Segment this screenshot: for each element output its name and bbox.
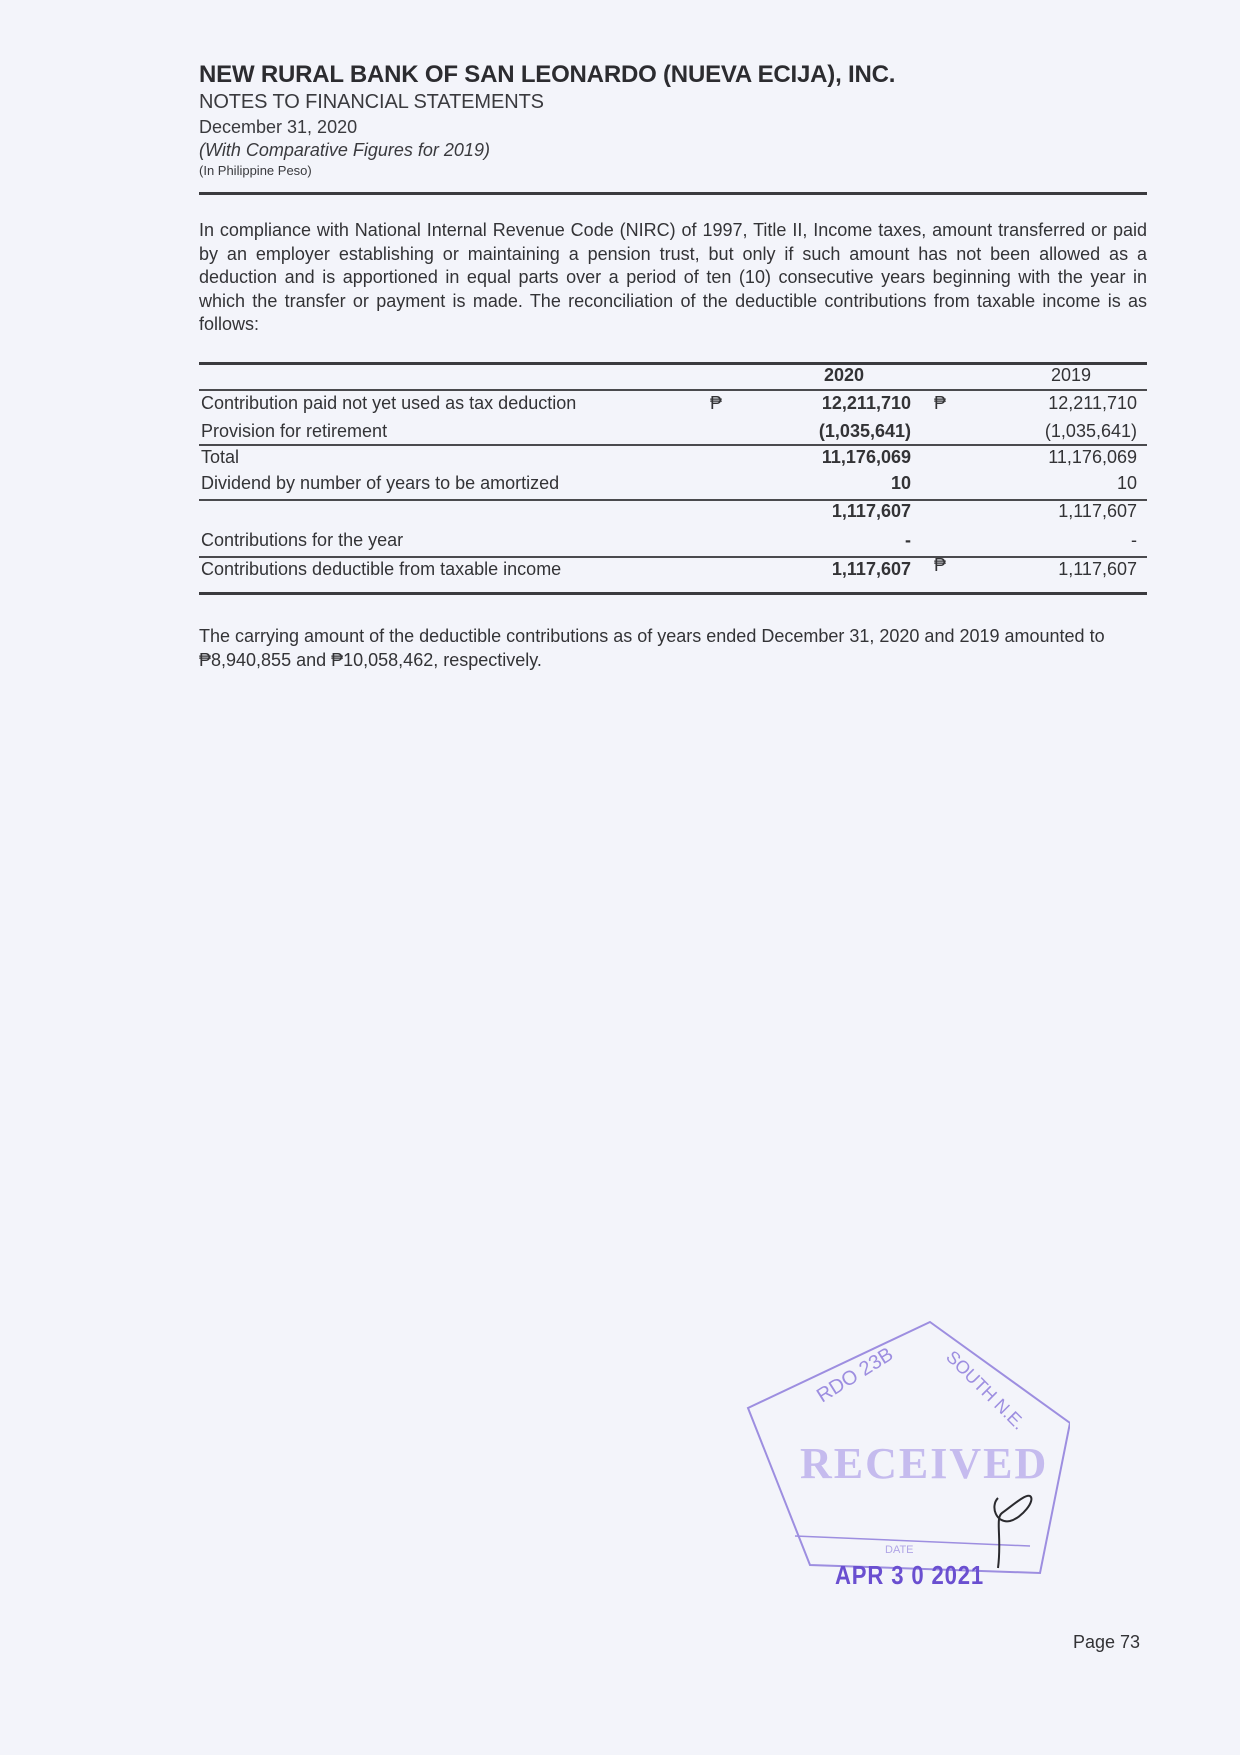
received-stamp: RDO 23B SOUTH N.E. RECEIVED DATE APR 3 0…: [740, 1318, 1070, 1608]
table-row: Contribution paid not yet used as tax de…: [199, 390, 1147, 418]
value-2019: 1,117,607: [1058, 559, 1137, 580]
peso-sign-icon: ₱: [934, 555, 946, 576]
comparative-note: (With Comparative Figures for 2019): [199, 139, 1147, 162]
intro-paragraph: In compliance with National Internal Rev…: [199, 219, 1147, 337]
header-divider: [199, 192, 1147, 195]
row-label: Contributions for the year: [201, 530, 403, 551]
row-label: Dividend by number of years to be amorti…: [201, 473, 559, 494]
value-2020: 11,176,069: [822, 447, 911, 468]
table-header-row: 2020 2019: [199, 362, 1147, 390]
column-header-2019: 2019: [1051, 365, 1091, 386]
row-label: Total: [201, 447, 239, 468]
value-2019: 11,176,069: [1048, 447, 1137, 468]
table-row: Contributions deductible from taxable in…: [199, 552, 1147, 586]
stamp-status: RECEIVED: [800, 1439, 1048, 1488]
column-header-2020: 2020: [824, 365, 864, 386]
table-row: Dividend by number of years to be amorti…: [199, 470, 1147, 498]
row-label: Contributions deductible from taxable in…: [201, 559, 561, 580]
value-2020: 10: [891, 473, 911, 494]
value-2019: -: [1131, 530, 1137, 551]
currency-note: (In Philippine Peso): [199, 162, 1147, 179]
peso-sign-icon: ₱: [710, 393, 722, 414]
table-row: Provision for retirement (1,035,641) (1,…: [199, 418, 1147, 444]
table-row: Total 11,176,069 11,176,069: [199, 444, 1147, 470]
double-underline-rule: [199, 592, 1147, 595]
stamp-date-label: DATE: [885, 1544, 914, 1556]
value-2019: 1,117,607: [1058, 501, 1137, 522]
value-2019: 12,211,710: [1048, 393, 1137, 414]
value-2019: 10: [1117, 473, 1137, 494]
value-2019: (1,035,641): [1045, 421, 1137, 442]
company-name: NEW RURAL BANK OF SAN LEONARDO (NUEVA EC…: [199, 60, 1147, 90]
table-row: 1,117,607 1,117,607: [199, 498, 1147, 524]
stamp-location: SOUTH N.E.: [942, 1347, 1029, 1434]
document-page: NEW RURAL BANK OF SAN LEONARDO (NUEVA EC…: [0, 0, 1240, 1755]
document-subtitle: NOTES TO FINANCIAL STATEMENTS: [199, 90, 1147, 114]
row-label: Provision for retirement: [201, 421, 387, 442]
value-2020: 1,117,607: [832, 559, 911, 580]
row-label: Contribution paid not yet used as tax de…: [201, 393, 576, 414]
value-2020: 1,117,607: [832, 501, 911, 522]
table-row: Contributions for the year - -: [199, 524, 1147, 552]
peso-sign-icon: ₱: [934, 393, 946, 414]
document-header: NEW RURAL BANK OF SAN LEONARDO (NUEVA EC…: [199, 60, 1147, 179]
contributions-table: 2020 2019 Contribution paid not yet used…: [199, 362, 1147, 586]
stamp-date: APR 3 0 2021: [835, 1560, 984, 1591]
value-2020: -: [905, 530, 911, 551]
stamp-office: RDO 23B: [813, 1343, 897, 1407]
value-2020: (1,035,641): [819, 421, 911, 442]
page-number: Page 73: [1073, 1632, 1140, 1653]
closing-paragraph: The carrying amount of the deductible co…: [199, 625, 1147, 672]
statement-date: December 31, 2020: [199, 116, 1147, 139]
value-2020: 12,211,710: [822, 393, 911, 414]
